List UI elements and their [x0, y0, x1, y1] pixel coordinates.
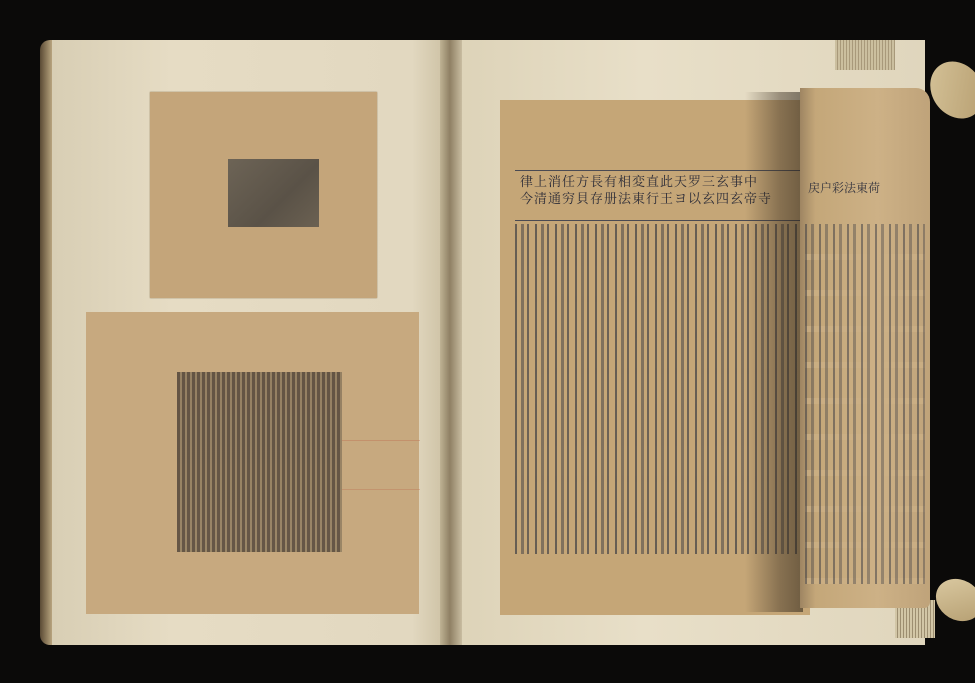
fold-glyph-grid — [805, 224, 925, 584]
book-gutter — [440, 40, 462, 645]
fold-shadow — [745, 92, 803, 612]
header-line-1: 律上消任方長有相変直此天罗三玄事中 — [520, 175, 758, 190]
figure-rubbing — [177, 372, 342, 552]
fold-header-text: 戻户彩法東荷 — [808, 180, 923, 196]
header-line-2: 今清通穷貝存册法東行王ヨ以玄四玄帝寺 — [520, 192, 772, 207]
page-stack-top — [835, 40, 895, 70]
upper-rubbing-fragment — [228, 159, 319, 227]
bone-clip-bottom — [928, 571, 975, 630]
faded-red-lines — [340, 440, 420, 490]
